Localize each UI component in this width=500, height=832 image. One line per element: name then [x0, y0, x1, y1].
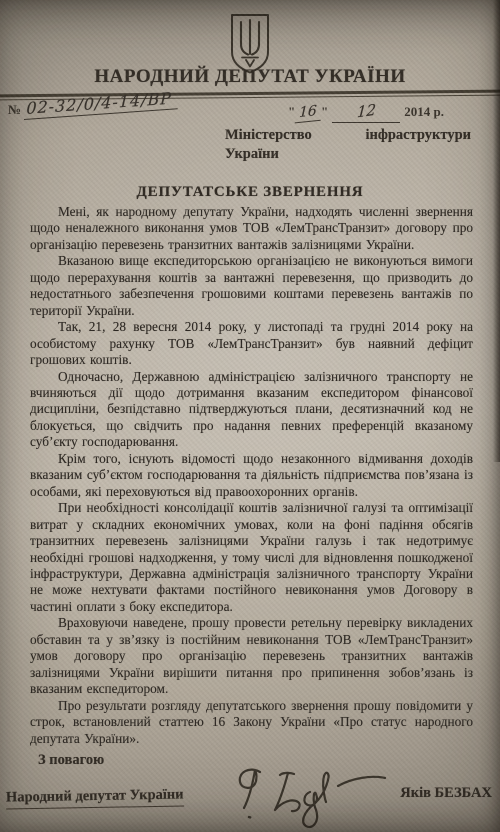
document-body: Мені, як народному депутату України, над… — [30, 204, 473, 747]
date-row: "16"122014 р. — [288, 102, 493, 123]
closing-salutation: З повагою — [38, 752, 104, 769]
body-paragraph: Враховуючи наведене, прошу провести рете… — [30, 615, 473, 697]
letterhead-org-title: НАРОДНИЙ ДЕПУТАТ УКРАЇНИ — [0, 66, 500, 88]
body-paragraph: Вказаною вище експедиторською організаці… — [30, 253, 473, 319]
date-day-handwritten: 16 — [295, 103, 321, 124]
date-month-line: 12 — [332, 102, 400, 123]
body-paragraph: Крім того, існують відомості щодо незако… — [30, 451, 473, 500]
reg-number-handwritten: 02-32/0/4-14/ВР — [24, 88, 178, 120]
date-year: 2014 р. — [404, 104, 444, 119]
scanned-document-photo: НАРОДНИЙ ДЕПУТАТ УКРАЇНИ № 02-32/0/4-14/… — [0, 0, 500, 832]
date-month-handwritten: 12 — [356, 100, 376, 121]
signer-name: Яків БЕЗБАХ — [400, 785, 492, 802]
reg-number-label: № — [8, 102, 21, 117]
date-close-quote: " — [321, 104, 328, 119]
body-paragraph: Одночасно, Державною адміністрацією залі… — [30, 369, 473, 451]
addressee-block: Міністерство інфраструктури України — [225, 126, 471, 164]
body-paragraph: Так, 21, 28 вересня 2014 року, у листопа… — [30, 319, 473, 368]
body-paragraph: Про результати розгляду депутатського зв… — [30, 698, 473, 747]
handwritten-signature — [222, 758, 392, 832]
registration-row: № 02-32/0/4-14/ВР — [8, 99, 248, 120]
addressee-line2: України — [225, 145, 471, 164]
body-paragraph: При необхідності консолідації коштів зал… — [30, 500, 473, 615]
addressee-line1: Міністерство інфраструктури — [225, 126, 471, 145]
document-title: ДЕПУТАТСЬКЕ ЗВЕРНЕННЯ — [0, 184, 500, 201]
body-paragraph: Мені, як народному депутату України, над… — [30, 204, 473, 253]
signer-position: Народний депутат України — [6, 786, 184, 809]
addressee-infrastructure: інфраструктури — [365, 126, 471, 145]
photo-page-edge — [493, 0, 500, 462]
addressee-ministry: Міністерство — [225, 126, 312, 145]
